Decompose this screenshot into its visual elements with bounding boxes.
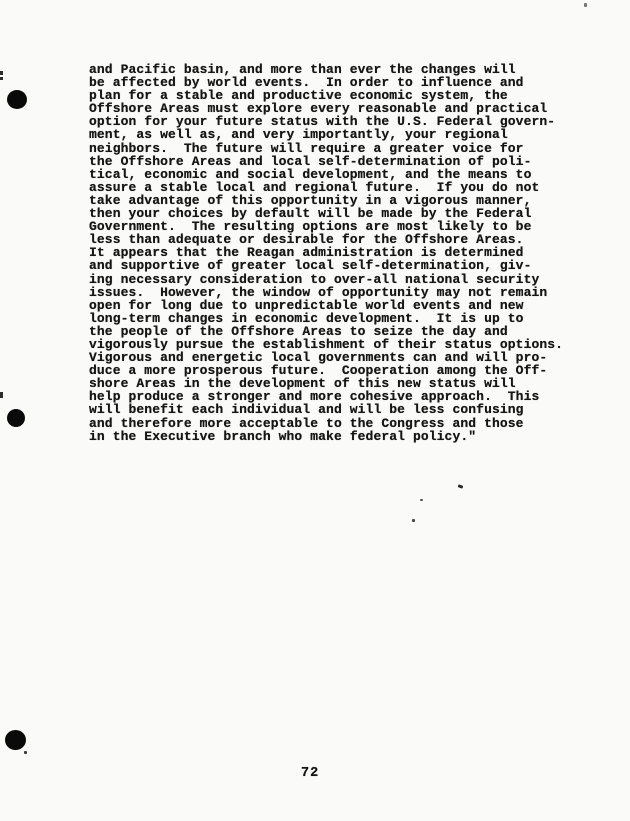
scan-speck — [420, 499, 423, 501]
hole-punch — [5, 730, 26, 750]
page-number: 72 — [301, 766, 319, 781]
scanned-page: and Pacific basin, and more than ever th… — [0, 0, 630, 821]
document-body-text: and Pacific basin, and more than ever th… — [89, 63, 563, 443]
edge-mark — [0, 392, 3, 398]
scan-speck — [584, 3, 587, 7]
edge-mark — [0, 77, 3, 80]
scan-speck — [412, 519, 415, 522]
hole-punch — [7, 409, 25, 427]
edge-mark — [0, 71, 3, 75]
hole-punch — [7, 90, 27, 109]
scan-speck — [24, 751, 27, 754]
scan-speck — [458, 484, 464, 489]
